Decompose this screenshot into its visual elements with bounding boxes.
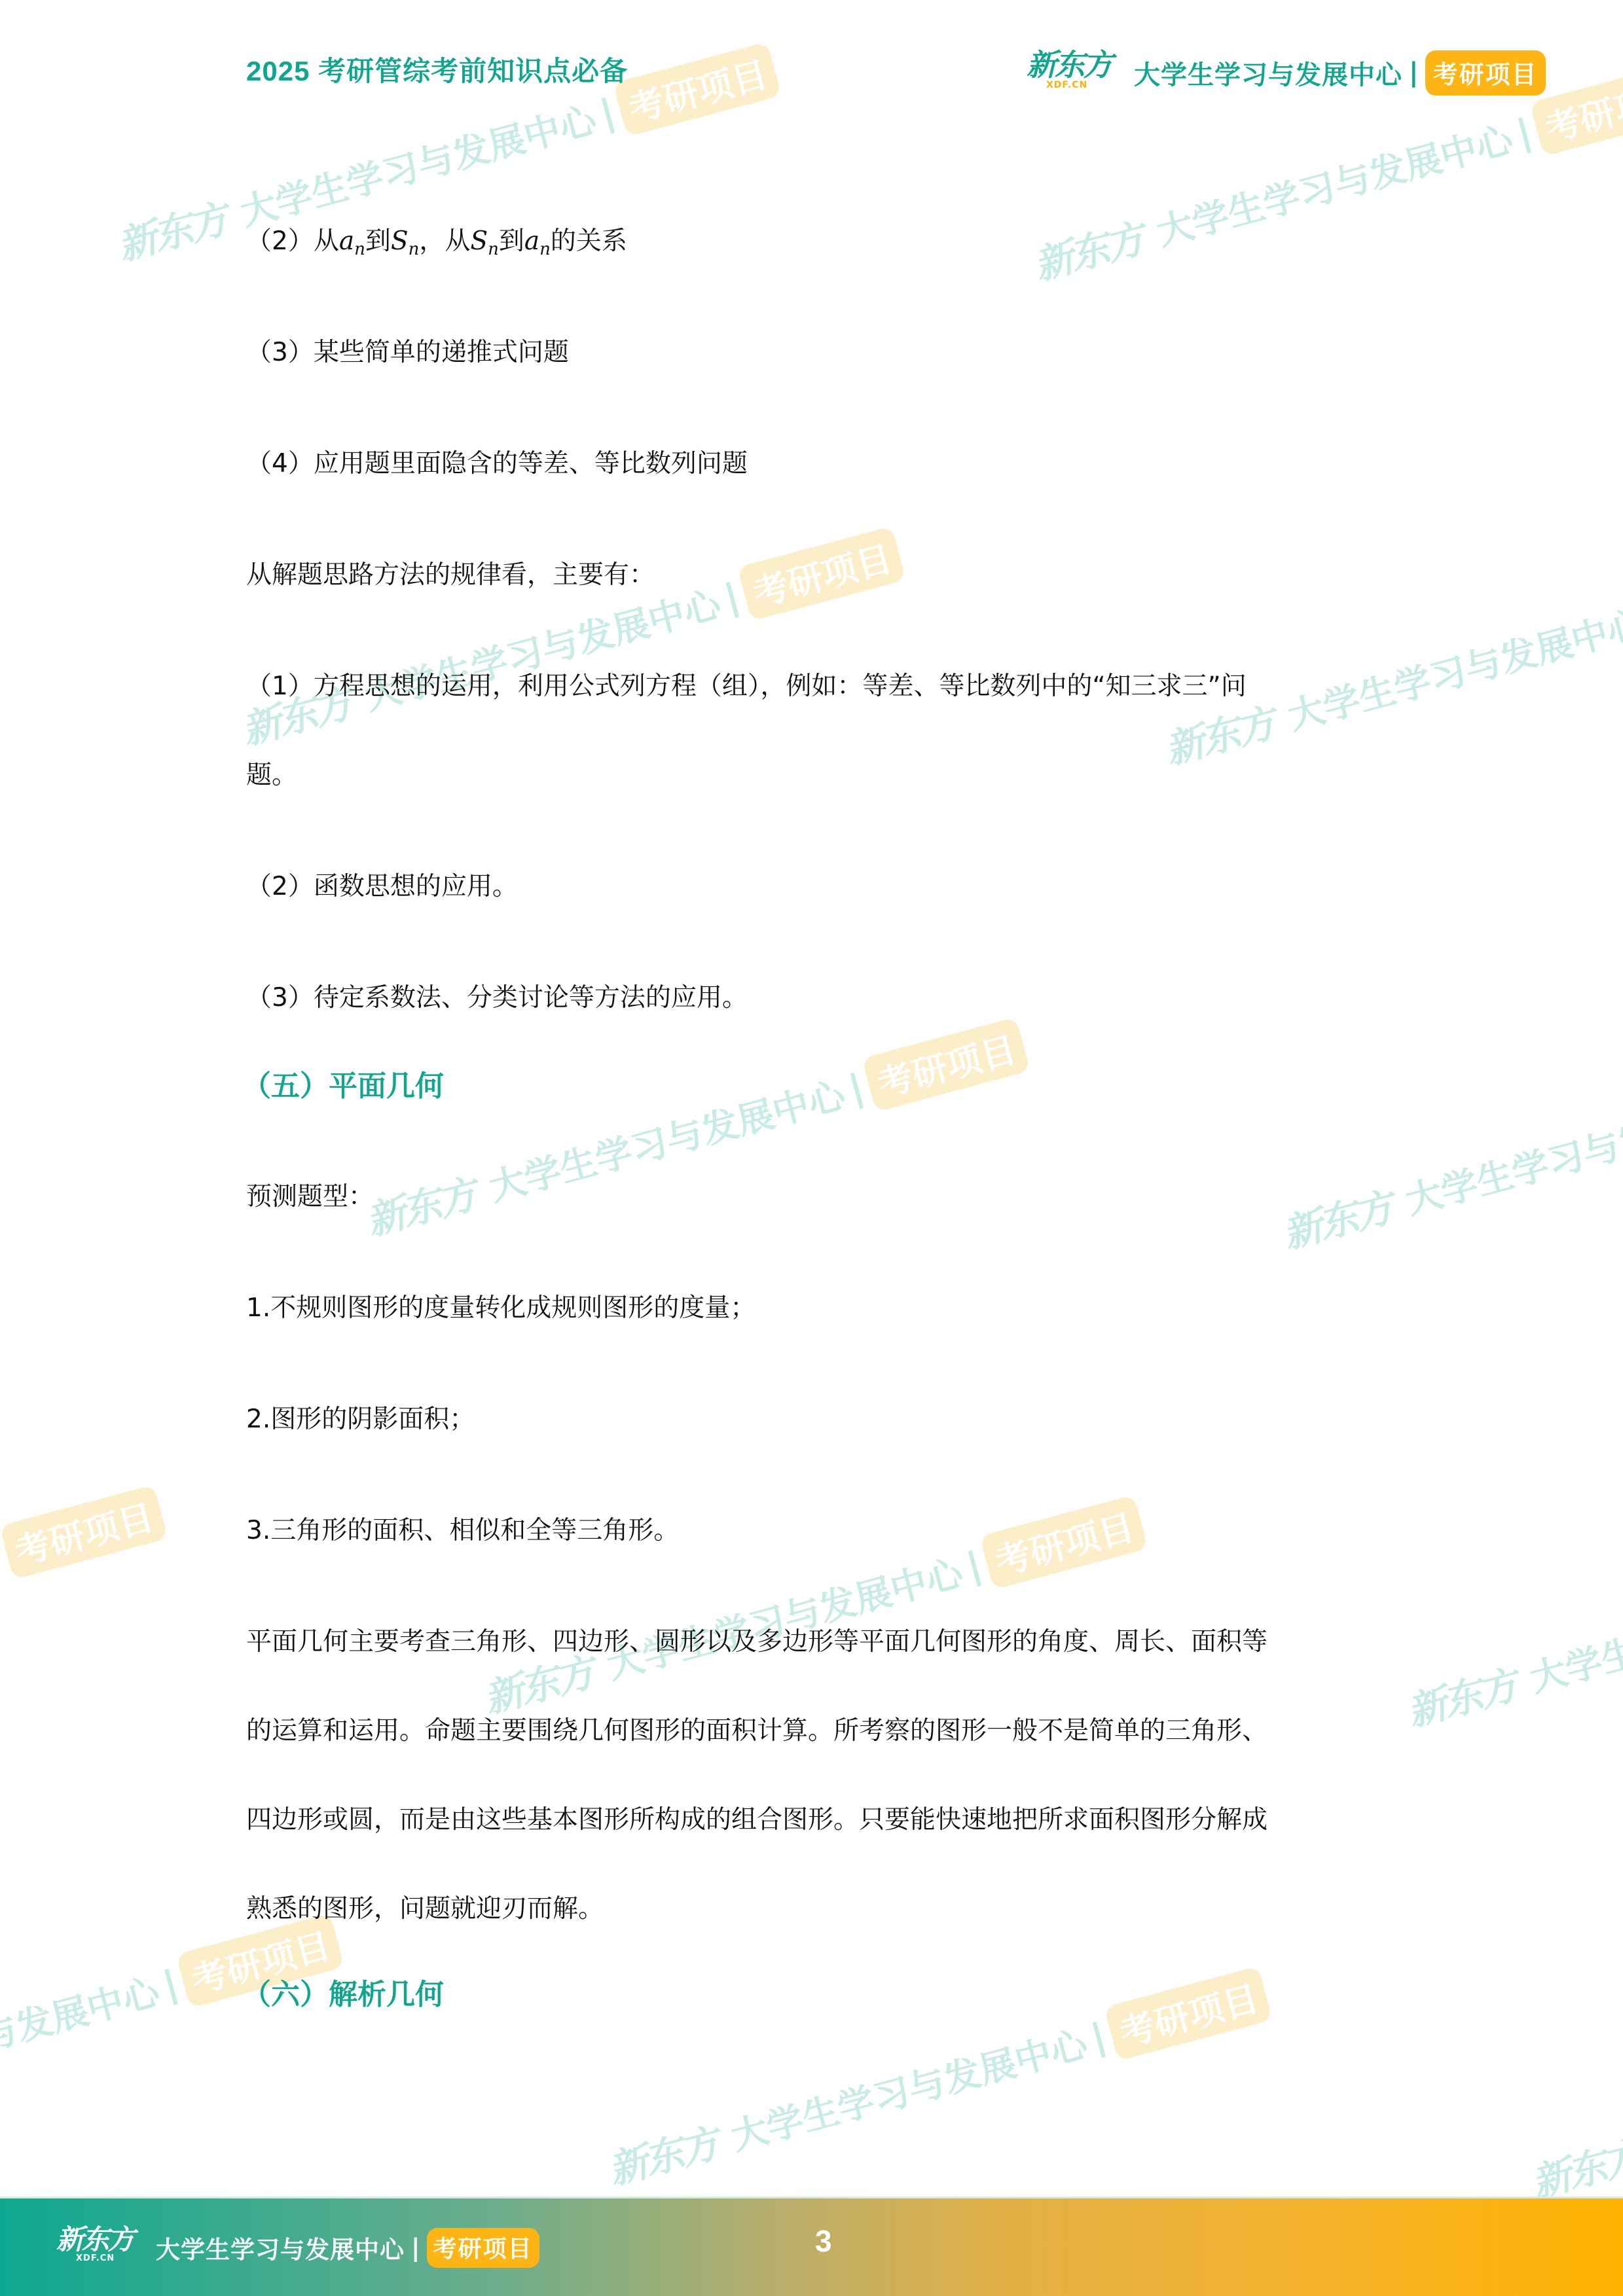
watermark-center-name: 大学生学习与发展中心: [600, 1544, 968, 1689]
watermark: 新东方 大学生学习与发展中心: [1400, 1555, 1623, 1737]
watermark-badge: 考研项目: [862, 1016, 1030, 1111]
brand-separator: |: [411, 2234, 420, 2262]
list-item: （1）方程思想的运用，利用公式列方程（组），例如：等差、等比数列中的“知三求三”…: [246, 670, 1247, 703]
section-heading-plane-geometry: （五）平面几何: [242, 1068, 444, 1105]
watermark-badge: 考研项目: [0, 1484, 168, 1579]
watermark-center-name: 大学生学习与发展中心: [1281, 595, 1623, 740]
watermark: 新东方 大学生学习与发展中心 | 考研项目: [359, 1016, 1030, 1247]
list-item: （4）应用题里面隐含的等差、等比数列问题: [246, 448, 748, 480]
watermark: 新东方 大学生学习与发展中心: [1276, 1077, 1623, 1259]
watermark-logo: 新东方: [602, 2113, 723, 2196]
xdf-logo: 新东方 XDF.CN: [56, 2225, 141, 2270]
watermark-separator: |: [596, 91, 620, 135]
watermark-logo: 新东方: [359, 1164, 481, 1247]
brand-separator: |: [1409, 58, 1419, 88]
logo-cn: 新东方: [56, 2225, 141, 2255]
watermark: 新东方: [1525, 2121, 1623, 2208]
list-item: （2）从an到Sn，从Sn到an的关系: [246, 225, 627, 266]
paragraph-line: 的运算和运用。命题主要围绕几何图形的面积计算。所考察的图形一般不是简单的三角形、: [246, 1715, 1267, 1748]
paragraph-line: 平面几何主要考查三角形、四边形、圆形以及多边形等平面几何图形的角度、周长、面积等: [246, 1626, 1267, 1659]
project-badge: 考研项目: [1425, 50, 1546, 96]
math-sub: n: [539, 240, 551, 259]
watermark-center-name: 大学生学习与发展中心: [483, 1066, 850, 1211]
watermark-separator: |: [1512, 111, 1537, 155]
center-name: 大学生学习与发展中心: [156, 2230, 405, 2265]
math-var: a: [524, 226, 539, 256]
watermark: 新东方 大学生学习与发展中心 | 考研项目: [602, 1965, 1273, 2196]
item-text: ，从: [419, 226, 470, 256]
list-item: （2）函数思想的应用。: [246, 870, 518, 903]
watermark-logo: 新东方: [1027, 208, 1148, 291]
math-sub: n: [354, 240, 365, 259]
paragraph: 从解题思路方法的规律看，主要有：: [246, 559, 655, 592]
page-footer: 新东方 XDF.CN 大学生学习与发展中心 | 考研项目 3: [0, 2197, 1623, 2296]
list-item-continuation: 题。: [246, 759, 297, 792]
watermark-logo: 新东方: [111, 188, 232, 272]
paragraph-line: 熟悉的图形，问题就迎刃而解。: [246, 1893, 604, 1926]
project-badge: 考研项目: [427, 2228, 539, 2268]
watermark-center-name: 大学生学习与发展中心: [0, 1963, 164, 2108]
watermark-separator: |: [720, 575, 744, 620]
predict-item: 1.不规则图形的度量转化成规则图形的度量；: [246, 1292, 756, 1325]
watermark-center-name: 大学生学习与发展中心: [1523, 1557, 1623, 1702]
watermark-badge: 考研项目: [979, 1494, 1148, 1589]
logo-en: XDF.CN: [76, 2253, 115, 2263]
predict-item: 3.三角形的面积、相似和全等三角形。: [246, 1515, 679, 1547]
watermark-badge: 考研项目: [613, 41, 782, 136]
page-number: 3: [815, 2223, 832, 2259]
logo-cn: 新东方: [1027, 50, 1118, 80]
watermark-separator: |: [845, 1066, 869, 1111]
math-sub: n: [409, 240, 420, 259]
header-brand: 新东方 XDF.CN 大学生学习与发展中心 | 考研项目: [1027, 50, 1546, 96]
watermark-logo: 新东方: [1400, 1655, 1522, 1738]
logo-en: XDF.CN: [1046, 80, 1087, 90]
watermark-center-name: 大学生学习与发展中心: [234, 91, 602, 236]
watermark-badge: 考研项目: [1104, 1965, 1273, 2060]
watermark-center-name: 大学生学习与发展中心: [725, 2015, 1093, 2161]
list-item: （3）待定系数法、分类讨论等方法的应用。: [246, 982, 748, 1014]
watermark-center-name: 大学生学习与发展中心: [1399, 1079, 1623, 1225]
watermark-badge: 考研项目: [737, 526, 906, 620]
math-var: S: [470, 226, 488, 256]
document-title: 2025 考研管综考前知识点必备: [246, 50, 628, 89]
watermark: 新东方 大学生学习与发展中心 | 考研项目: [1158, 545, 1623, 776]
paragraph-line: 四边形或圆，而是由这些基本图形所构成的组合图形。只要能快速地把所求面积图形分解成: [246, 1804, 1267, 1837]
math-var: a: [339, 226, 354, 256]
watermark-logo: 新东方: [1276, 1177, 1397, 1260]
math-var: S: [391, 226, 409, 256]
item-text: 到: [499, 226, 524, 256]
item-text: （2）从: [246, 226, 339, 256]
center-name: 大学生学习与发展中心: [1134, 54, 1402, 92]
xdf-logo: 新东方 XDF.CN: [1027, 50, 1118, 96]
watermark-center-name: 大学生学习与发展中心: [1150, 111, 1518, 256]
math-sub: n: [488, 240, 499, 259]
predict-label: 预测题型：: [246, 1181, 374, 1213]
list-item: （3）某些简单的递推式问题: [246, 336, 569, 369]
footer-brand: 新东方 XDF.CN 大学生学习与发展中心 | 考研项目: [56, 2225, 539, 2270]
item-text: 到: [365, 226, 391, 256]
item-text: 的关系: [551, 226, 627, 256]
section-heading-analytic-geometry: （六）解析几何: [242, 1977, 444, 2013]
watermark-separator: |: [1087, 2015, 1111, 2060]
watermark-logo: 新东方: [1158, 692, 1279, 776]
predict-item: 2.图形的阴影面积；: [246, 1403, 475, 1436]
watermark-separator: |: [962, 1544, 987, 1588]
watermark: 考研项目: [0, 1484, 168, 1579]
watermark-separator: |: [158, 1962, 183, 2007]
